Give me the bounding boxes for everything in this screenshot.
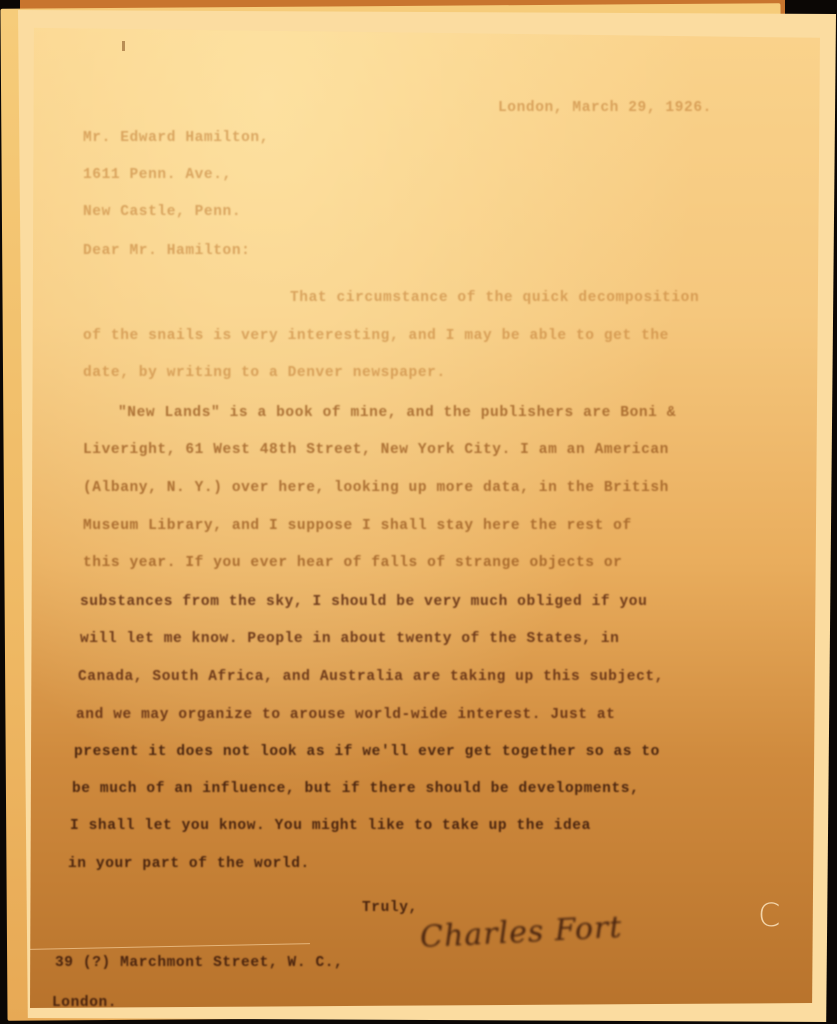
body-line: date, by writing to a Denver newspaper. — [83, 365, 446, 381]
body-line: "New Lands" is a book of mine, and the p… — [118, 405, 676, 421]
body-line: That circumstance of the quick decomposi… — [290, 290, 699, 306]
recipient-name: Mr. Edward Hamilton, — [83, 130, 269, 146]
body-line: and we may organize to arouse world-wide… — [76, 707, 615, 723]
body-line: (Albany, N. Y.) over here, looking up mo… — [83, 480, 669, 496]
body-line: in your part of the world. — [68, 856, 310, 872]
body-line: Liveright, 61 West 48th Street, New York… — [83, 442, 669, 458]
body-line: will let me know. People in about twenty… — [80, 631, 619, 647]
body-line: I shall let you know. You might like to … — [70, 818, 591, 834]
body-line: Canada, South Africa, and Australia are … — [78, 669, 664, 685]
dateline: London, March 29, 1926. — [498, 100, 712, 116]
body-line: Museum Library, and I suppose I shall st… — [83, 518, 632, 534]
sender-address-line2: London. — [52, 995, 117, 1011]
recipient-city: New Castle, Penn. — [83, 204, 241, 220]
body-line: be much of an influence, but if there sh… — [72, 781, 639, 797]
body-line: present it does not look as if we'll eve… — [74, 744, 660, 760]
salutation: Dear Mr. Hamilton: — [83, 243, 250, 259]
body-line: this year. If you ever hear of falls of … — [83, 555, 622, 571]
closing: Truly, — [362, 900, 418, 916]
body-line: of the snails is very interesting, and I… — [83, 328, 669, 344]
recipient-street: 1611 Penn. Ave., — [83, 167, 232, 183]
sender-address-line1: 39 (?) Marchmont Street, W. C., — [55, 955, 343, 971]
body-line: substances from the sky, I should be ver… — [80, 594, 647, 610]
pencil-tick-mark — [122, 41, 125, 51]
margin-mark: C — [758, 896, 780, 934]
